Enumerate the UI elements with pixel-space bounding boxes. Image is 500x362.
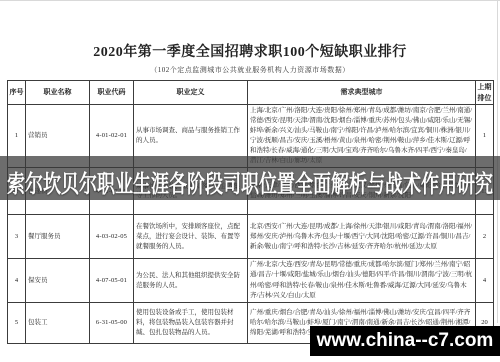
col-header-occupation-code: 职业代码 [90,81,134,105]
page-subtitle: （102个定点监测城市公共就业服务机构人力资源市场数据） [0,65,500,75]
table-row: 4 保安员 4-07-05-01 为公民、法人和其他组织提供安全防范服务的人员。… [8,259,494,302]
occupation-definition-cell: 在餐饮场所中，安排顾客座位，点配菜点，进行宴会设计、装饰、布置等就餐服务的人员。 [134,215,248,259]
occupation-name-cell: 餐厅服务员 [26,215,90,259]
occupation-definition-cell: 为公民、法人和其他组织提供安全防范服务的人员。 [134,259,248,302]
demand-cities-cell: 广州/北京/大连/西安/青岛/昆明/常德/重庆/成都/哈尔滨/厦门/郑州/兰州/… [248,259,476,302]
rank-cell: 5 [8,302,26,343]
col-header-previous-rank: 上期排位 [476,81,494,105]
watermark-url-text: www.china--c7.com [317,330,494,352]
occupation-definition-cell: 使用包装设备或手工，使用包装材料，将包装物品装入包装容器并封缄、包扎包装物品的人… [134,302,248,343]
col-header-occupation-name: 职业名称 [26,81,90,105]
occupation-code-cell: 4-07-05-01 [90,259,134,302]
overlay-headline-text: 索尔坎贝尔职业生涯各阶段司职位置全面解析与战术作用研究 [7,164,493,199]
table-row: 3 餐厅服务员 4-03-02-05 在餐饮场所中，安排顾客座位，点配菜点，进行… [8,215,494,259]
rank-cell: 3 [8,215,26,259]
col-header-rank: 序号 [8,81,26,105]
occupation-code-cell: 4-03-02-05 [90,215,134,259]
col-header-demand-cities: 需求典型城市 [248,81,476,105]
previous-rank-cell: 4 [476,259,494,302]
document-page: 2020年第一季度全国招聘求职100个短缺职业排行 （102个定点监测城市公共就… [0,1,500,362]
shortage-occupation-table: 序号 职业名称 职业代码 职业定义 需求典型城市 上期排位 1 营销员 4-01… [7,80,494,344]
table-header-row: 序号 职业名称 职业代码 职业定义 需求典型城市 上期排位 [8,81,494,105]
page-title: 2020年第一季度全国招聘求职100个短缺职业排行 [0,41,500,61]
col-header-occupation-definition: 职业定义 [134,81,248,105]
demand-cities-cell: 北京/西安/广州/大连/昆明/成都/上海/徐州/天津/银川/咸阳/青岛/渭南/洛… [248,215,476,259]
previous-rank-cell: 2 [476,215,494,259]
occupation-name-cell: 包装工 [26,302,90,343]
watermark-badge: www.china--c7.com [310,326,500,356]
occupation-code-cell: 6-31-05-00 [90,302,134,343]
overlay-headline-banner: 索尔坎贝尔职业生涯各阶段司职位置全面解析与战术作用研究 [0,156,500,200]
rank-cell: 4 [8,259,26,302]
occupation-name-cell: 保安员 [26,259,90,302]
